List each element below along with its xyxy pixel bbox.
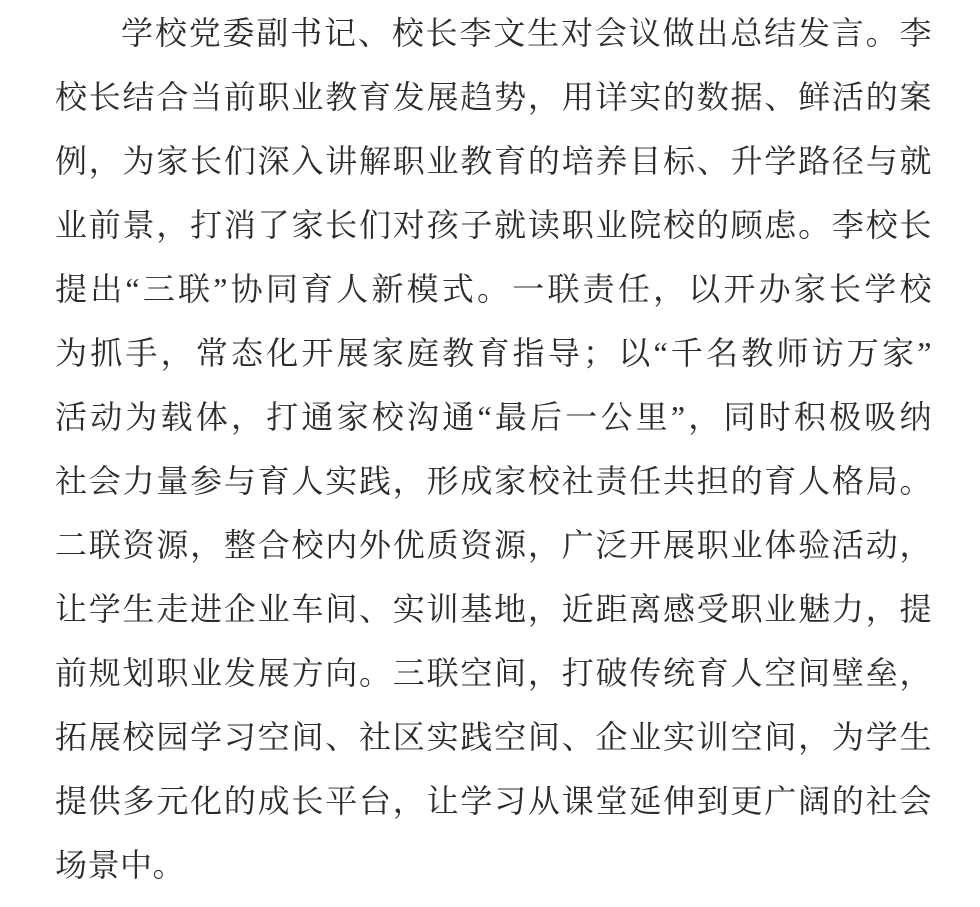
text-line: 提供多元化的成长平台，让学习从课堂延伸到更广阔的社会	[55, 769, 932, 833]
text-line: 学校党委副书记、校长李文生对会议做出总结发言。李	[55, 1, 932, 65]
text-line: 场景中。	[55, 833, 932, 897]
text-line: 提出“三联”协同育人新模式。一联责任，以开办家长学校	[55, 257, 932, 321]
text-line: 拓展校园学习空间、社区实践空间、企业实训空间，为学生	[55, 705, 932, 769]
text-line: 前规划职业发展方向。三联空间，打破传统育人空间壁垒，	[55, 641, 932, 705]
text-line: 校长结合当前职业教育发展趋势，用详实的数据、鲜活的案	[55, 65, 932, 129]
text-line: 例，为家长们深入讲解职业教育的培养目标、升学路径与就	[55, 129, 932, 193]
text-line: 为抓手，常态化开展家庭教育指导；以“千名教师访万家”	[55, 321, 932, 385]
text-line: 活动为载体，打通家校沟通“最后一公里”，同时积极吸纳	[55, 385, 932, 449]
text-line: 让学生走进企业车间、实训基地，近距离感受职业魅力，提	[55, 577, 932, 641]
text-line: 业前景，打消了家长们对孩子就读职业院校的顾虑。李校长	[55, 193, 932, 257]
document-page: 学校党委副书记、校长李文生对会议做出总结发言。李 校长结合当前职业教育发展趋势，…	[0, 0, 980, 907]
paragraph: 学校党委副书记、校长李文生对会议做出总结发言。李 校长结合当前职业教育发展趋势，…	[55, 1, 932, 897]
text-line: 二联资源，整合校内外优质资源，广泛开展职业体验活动，	[55, 513, 932, 577]
text-line: 社会力量参与育人实践，形成家校社责任共担的育人格局。	[55, 449, 932, 513]
